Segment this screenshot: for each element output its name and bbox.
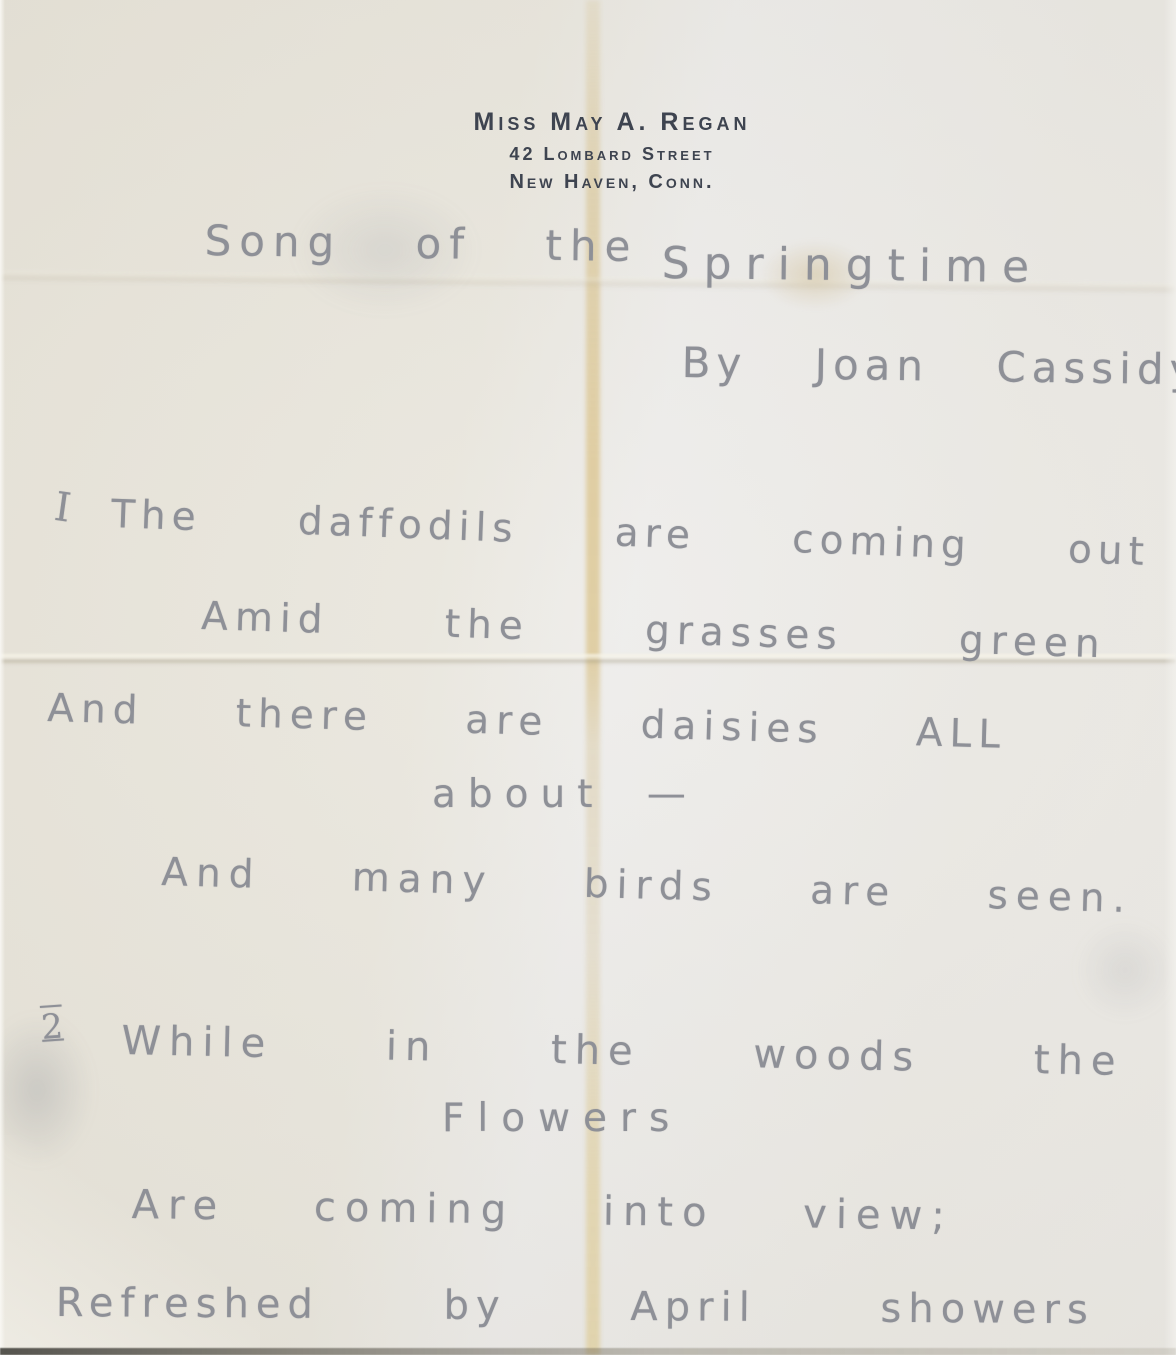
verse1-line1: The daffodils are coming out bbox=[110, 492, 1150, 575]
verse1-marker: I bbox=[52, 484, 74, 532]
vertical-fold-crease bbox=[586, 0, 600, 1355]
paper-edge-left bbox=[0, 0, 5, 1355]
verse1-line3: And there are daisies ALL bbox=[47, 686, 1008, 758]
verse1-line4: about — bbox=[432, 772, 698, 817]
verse1-line5: And many birds are seen. bbox=[161, 850, 1134, 922]
verse2-marker: 2 bbox=[40, 1006, 64, 1047]
letterhead-street: 42 Lombard Street bbox=[474, 144, 751, 165]
verse2-line4: Refreshed by April showers bbox=[56, 1280, 1095, 1333]
scanned-letter: Miss May A. Regan 42 Lombard Street New … bbox=[0, 0, 1176, 1355]
poem-byline: By Joan Cassidy bbox=[681, 338, 1176, 394]
paper-edge-right bbox=[1164, 0, 1176, 1355]
ink-bleedthrough-mark bbox=[1075, 920, 1175, 1020]
letterhead: Miss May A. Regan 42 Lombard Street New … bbox=[474, 108, 751, 194]
scan-edge-bottom bbox=[0, 1348, 1176, 1355]
poem-title-part1: Song of the bbox=[204, 216, 638, 271]
letterhead-city: New Haven, Conn. bbox=[474, 171, 751, 194]
letterhead-name: Miss May A. Regan bbox=[474, 108, 751, 137]
verse2-line1: While in the woods the bbox=[121, 1018, 1124, 1085]
verse2-line2: Flowers bbox=[442, 1096, 682, 1141]
poem-title-part2: Springtime bbox=[661, 238, 1043, 293]
